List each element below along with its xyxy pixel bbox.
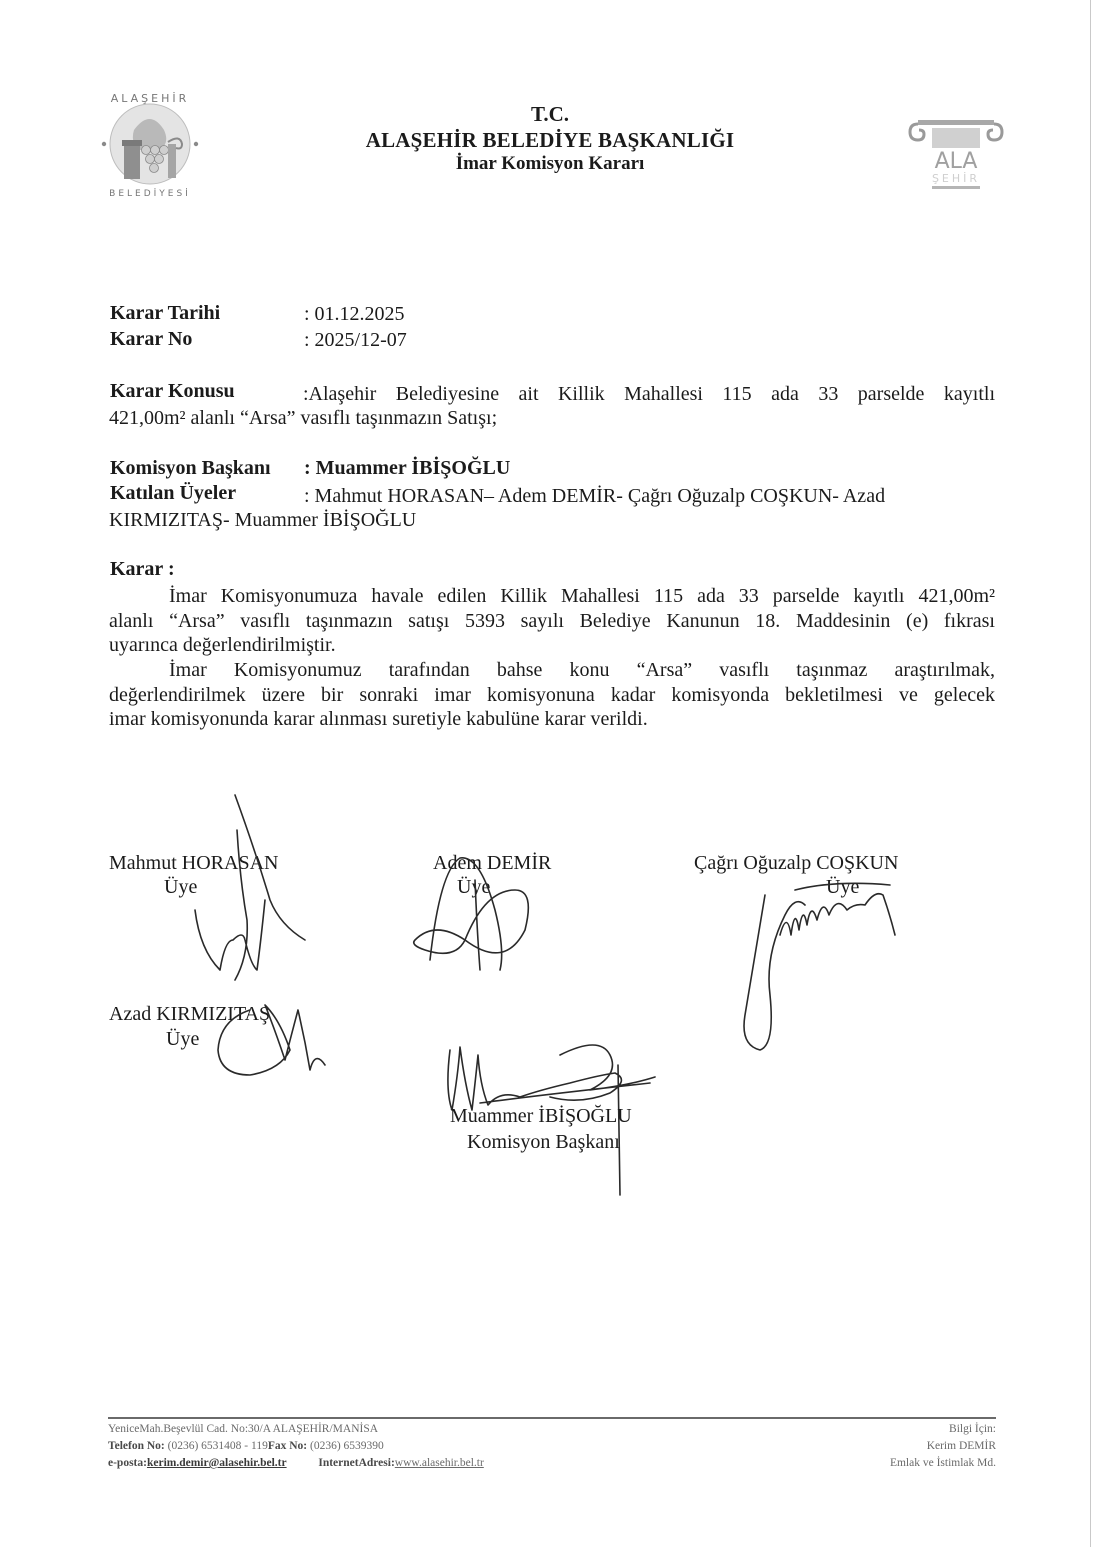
signatory-name-ibisoglu: Muammer İBİŞOĞLU bbox=[450, 1105, 632, 1128]
footer-address: YeniceMah.Beşevlül Cad. No:30/A ALAŞEHİR… bbox=[108, 1421, 484, 1438]
decision-paragraph-1: İmar Komisyonumuza havale edilen Killik … bbox=[109, 584, 995, 658]
info-name: Kerim DEMİR bbox=[890, 1438, 996, 1455]
signatory-name-coskun: Çağrı Oğuzalp COŞKUN bbox=[694, 852, 898, 875]
column-capital-logo-icon: ALA ŞEHİR bbox=[906, 110, 1006, 192]
decision-p2-line3: imar komisyonunda karar alınması suretiy… bbox=[109, 707, 995, 732]
subject-text-line2: 421,00m² alanlı “Arsa” vasıflı taşınmazı… bbox=[109, 406, 497, 430]
footer-email-web: e-posta:kerim.demir@alasehir.bel.tr Inte… bbox=[108, 1455, 484, 1472]
website-link[interactable]: www.alasehir.bel.tr bbox=[395, 1457, 484, 1469]
subject-label: Karar Konusu bbox=[110, 380, 235, 403]
info-label: Bilgi İçin: bbox=[890, 1421, 996, 1438]
municipality-seal-icon: ALAŞEHİR BELEDİYESİ bbox=[94, 88, 206, 200]
signatory-role-kirmizitas: Üye bbox=[166, 1028, 199, 1051]
decision-p1-line3: uyarınca değerlendirilmiştir. bbox=[109, 633, 995, 658]
decision-label: Karar : bbox=[110, 558, 175, 581]
email-link[interactable]: kerim.demir@alasehir.bel.tr bbox=[147, 1457, 287, 1469]
fax-value: (0236) 6539390 bbox=[307, 1440, 384, 1452]
footer-contact: YeniceMah.Beşevlül Cad. No:30/A ALAŞEHİR… bbox=[108, 1421, 484, 1472]
fax-label: Fax No: bbox=[268, 1440, 307, 1452]
chair-label: Komisyon Başkanı bbox=[110, 457, 271, 480]
chair-value: : Muammer İBİŞOĞLU bbox=[304, 457, 510, 480]
members-line2: KIRMIZITAŞ- Muammer İBİŞOĞLU bbox=[109, 508, 416, 532]
header-tc: T.C. bbox=[300, 102, 800, 127]
signature-horasan bbox=[185, 790, 325, 1000]
decision-p1-line1: İmar Komisyonumuza havale edilen Killik … bbox=[109, 584, 995, 609]
web-label: InternetAdresi: bbox=[318, 1457, 394, 1469]
decision-p1-line2: alanlı “Arsa” vasıflı taşınmazın satışı … bbox=[109, 609, 995, 634]
footer-divider bbox=[108, 1417, 996, 1419]
logo-text-sehir: ŞEHİR bbox=[932, 172, 980, 185]
email-label: e-posta: bbox=[108, 1457, 147, 1469]
subject-text-line1: :Alaşehir Belediyesine ait Killik Mahall… bbox=[303, 382, 995, 406]
page-title: İmar Komisyon Kararı bbox=[300, 153, 800, 175]
members-label: Katılan Üyeler bbox=[110, 482, 236, 505]
decision-no-label: Karar No bbox=[110, 328, 192, 351]
phone-value: (0236) 6531408 - 119 bbox=[165, 1440, 268, 1452]
logo-text-ala: ALA bbox=[935, 149, 978, 174]
members-line1: : Mahmut HORASAN– Adem DEMİR- Çağrı Oğuz… bbox=[304, 484, 885, 508]
signatory-role-ibisoglu: Komisyon Başkanı bbox=[467, 1131, 620, 1154]
phone-label: Telefon No: bbox=[108, 1440, 165, 1452]
decision-paragraph-2: İmar Komisyonumuz tarafından bahse konu … bbox=[109, 658, 995, 732]
signature-kirmizitas bbox=[210, 990, 340, 1090]
decision-p2-line2: değerlendirilmek üzere bir sonraki imar … bbox=[109, 683, 995, 708]
decision-p2-line1: İmar Komisyonumuz tarafından bahse konu … bbox=[109, 658, 995, 683]
seal-top-text: ALAŞEHİR bbox=[111, 92, 190, 105]
footer-info: Bilgi İçin: Kerim DEMİR Emlak ve İstimla… bbox=[890, 1421, 996, 1472]
info-department: Emlak ve İstimlak Md. bbox=[890, 1455, 996, 1472]
footer-phone-fax: Telefon No: (0236) 6531408 - 119Fax No: … bbox=[108, 1438, 484, 1455]
decision-date-value: : 01.12.2025 bbox=[304, 303, 405, 326]
scan-edge bbox=[1090, 0, 1091, 1547]
signature-demir bbox=[405, 850, 555, 980]
signature-coskun bbox=[725, 875, 915, 1055]
seal-bottom-text: BELEDİYESİ bbox=[109, 188, 191, 199]
header-organization: ALAŞEHİR BELEDİYE BAŞKANLIĞI bbox=[300, 128, 800, 153]
decision-date-label: Karar Tarihi bbox=[110, 302, 220, 325]
decision-no-value: : 2025/12-07 bbox=[304, 329, 407, 352]
